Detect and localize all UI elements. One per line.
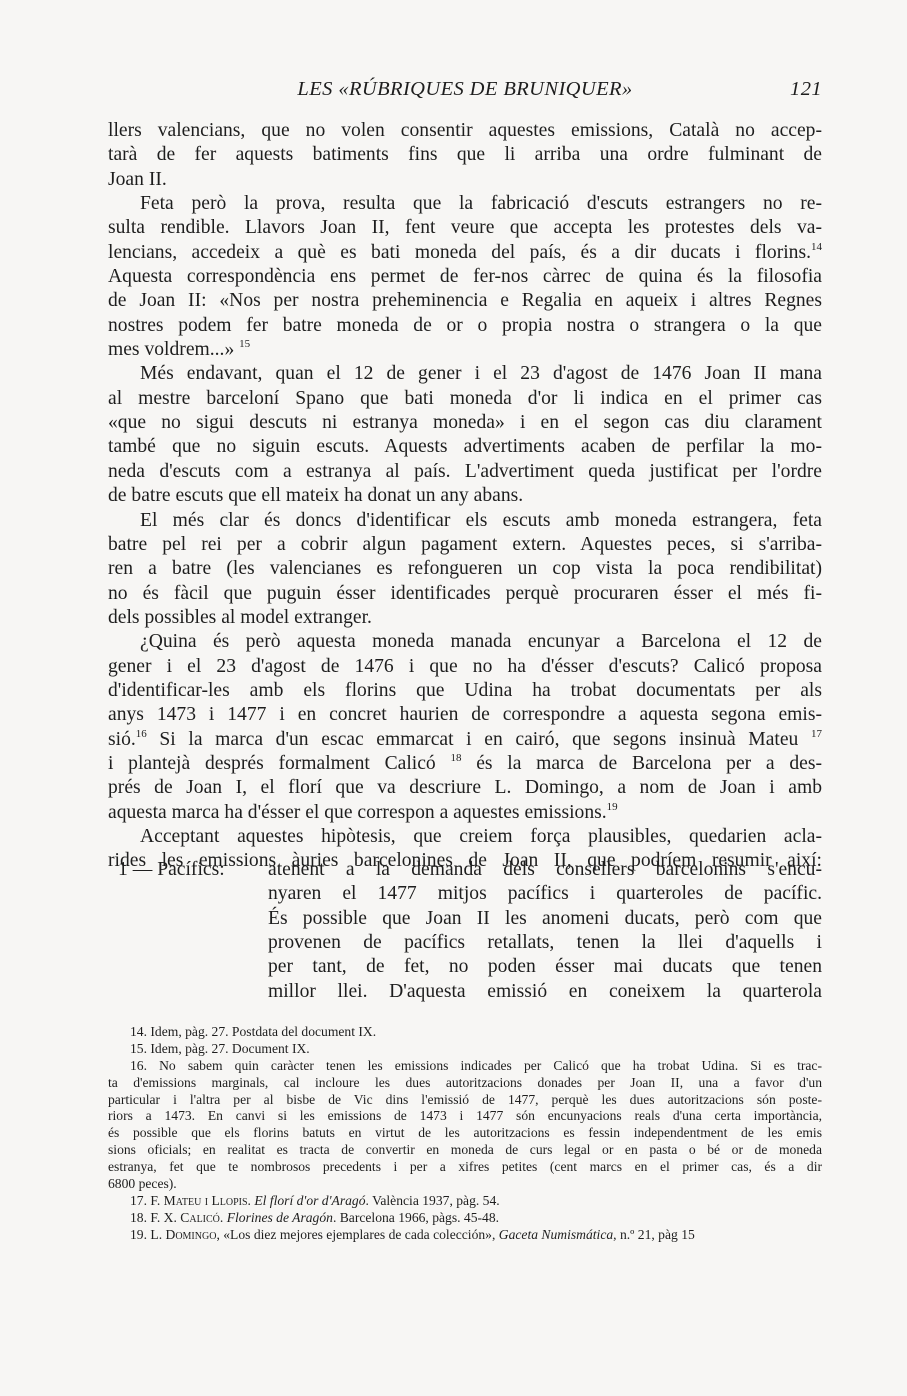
text-line: de batre escuts que ell mateix ha donat … — [108, 484, 822, 508]
text-line: d'identificar-les amb els florins que Ud… — [108, 679, 822, 703]
footnote-16-line: sions oficials; en realitat es tracta de… — [108, 1142, 822, 1159]
footnote-ref-18[interactable]: 18 — [450, 752, 461, 764]
footnote-ref-16[interactable]: 16 — [136, 728, 147, 740]
paragraph-start: Feta però la prova, resulta que la fabri… — [108, 192, 822, 216]
footnote-ref-15[interactable]: 15 — [239, 338, 250, 350]
text-line: Aquesta correspondència ens permet de fe… — [108, 265, 822, 289]
work-title: Gaceta Numismática — [499, 1227, 613, 1242]
text-line: És possible que Joan II les anomeni duca… — [268, 907, 822, 931]
text-line: mes voldrem...» 15 — [108, 338, 822, 362]
author: Calicó — [180, 1210, 220, 1225]
text-line: millor llei. D'aquesta emissió en coneix… — [268, 980, 822, 1004]
text-line: batre pel rei per a cobrir algun pagamen… — [108, 533, 822, 557]
footnote-14: 14. Idem, pàg. 27. Postdata del document… — [108, 1024, 822, 1041]
running-head: LES «RÚBRIQUES DE BRUNIQUER» 121 — [108, 78, 822, 104]
footnote-18: 18. F. X. Calicó. Florines de Aragón. Ba… — [108, 1210, 822, 1227]
text-line: nyaren el 1477 mitjos pacífics i quarter… — [268, 882, 822, 906]
footnote-16-line: és possible que els florins batuts en vi… — [108, 1125, 822, 1142]
text-line: aquesta marca ha d'ésser el que correspo… — [108, 801, 822, 825]
footnote-17: 17. F. Mateu i Llopis. El florí d'or d'A… — [108, 1193, 822, 1210]
footnote-ref-19[interactable]: 19 — [607, 801, 618, 813]
footnote-16-line: estranya, fet que te nombrosos precedent… — [108, 1159, 822, 1176]
document-page: LES «RÚBRIQUES DE BRUNIQUER» 121 llers v… — [0, 0, 907, 1396]
text-line: també que no siguin escuts. Aquests adve… — [108, 435, 822, 459]
text-line: per tant, de fet, no poden ésser mai duc… — [268, 955, 822, 979]
text-line: sió.16 Si la marca d'un escac emmarcat i… — [108, 728, 822, 752]
text-line: al mestre barceloní Spano que bati moned… — [108, 387, 822, 411]
text-line: ren a batre (les valencianes es refongue… — [108, 557, 822, 581]
text-line: tarà de fer aquests batiments fins que l… — [108, 143, 822, 167]
text-line: anys 1473 i 1477 i en concret haurien de… — [108, 703, 822, 727]
footnote-15: 15. Idem, pàg. 27. Document IX. — [108, 1041, 822, 1058]
text-line: atenent a la demanda dels consellers bar… — [268, 858, 822, 882]
paragraph-start: ¿Quina és però aquesta moneda manada enc… — [108, 630, 822, 654]
footnote-ref-17[interactable]: 17 — [811, 728, 822, 740]
body-text: llers valencians, que no volen consentir… — [108, 119, 822, 874]
author: Mateu i Llopis — [164, 1193, 248, 1208]
text-line: nostres podem fer batre moneda de or o p… — [108, 314, 822, 338]
text-line: de Joan II: «Nos per nostra preheminenci… — [108, 289, 822, 313]
footnote-16-line: 6800 peces). — [108, 1176, 822, 1193]
text-line: sulta rendible. Llavors Joan II, fent ve… — [108, 216, 822, 240]
footnote-16: 16. No sabem quin caràcter tenen les emi… — [108, 1058, 822, 1075]
text-line: gener i el 23 d'agost de 1476 i que no h… — [108, 655, 822, 679]
running-title: LES «RÚBRIQUES DE BRUNIQUER» — [108, 78, 822, 101]
text-line: llers valencians, que no volen consentir… — [108, 119, 822, 143]
list-item-body: atenent a la demanda dels consellers bar… — [268, 858, 822, 1004]
work-title: Florines de Aragón — [227, 1210, 333, 1225]
footnote-ref-14[interactable]: 14 — [811, 241, 822, 253]
text-line: dels possibles al model extranger. — [108, 606, 822, 630]
footnote-16-line: riors a 1473. En canvi si les emissions … — [108, 1108, 822, 1125]
text-line: no és fàcil que puguin ésser identificad… — [108, 582, 822, 606]
text-line: lencians, accedeix a què es bati moneda … — [108, 241, 822, 265]
page-number: 121 — [790, 78, 822, 101]
work-title: El florí d'or d'Aragó — [254, 1193, 365, 1208]
paragraph-start: Més endavant, quan el 12 de gener i el 2… — [108, 362, 822, 386]
text-line: Joan II. — [108, 168, 822, 192]
paragraph-start: Acceptant aquestes hipòtesis, que creiem… — [108, 825, 822, 849]
list-item-label: 1 — Pacífics: — [118, 858, 225, 882]
footnote-19: 19. L. Domingo, «Los diez mejores ejempl… — [108, 1227, 822, 1244]
text-line: prés de Joan I, el florí que va descriur… — [108, 776, 822, 800]
text-line: «que no sigui descuts ni estranya moneda… — [108, 411, 822, 435]
text-line: i plantejà després formalment Calicó 18 … — [108, 752, 822, 776]
text-line: provenen de pacífics retallats, tenen la… — [268, 931, 822, 955]
text-line: neda d'escuts com a estranya al país. L'… — [108, 460, 822, 484]
footnote-16-line: particular i l'altra per al bisbe de Vic… — [108, 1092, 822, 1109]
paragraph-start: El més clar és doncs d'identificar els e… — [108, 509, 822, 533]
footnote-16-line: ta d'emissions marginals, cal incloure l… — [108, 1075, 822, 1092]
author: Domingo — [166, 1227, 217, 1242]
footnotes: 14. Idem, pàg. 27. Postdata del document… — [108, 1024, 822, 1244]
